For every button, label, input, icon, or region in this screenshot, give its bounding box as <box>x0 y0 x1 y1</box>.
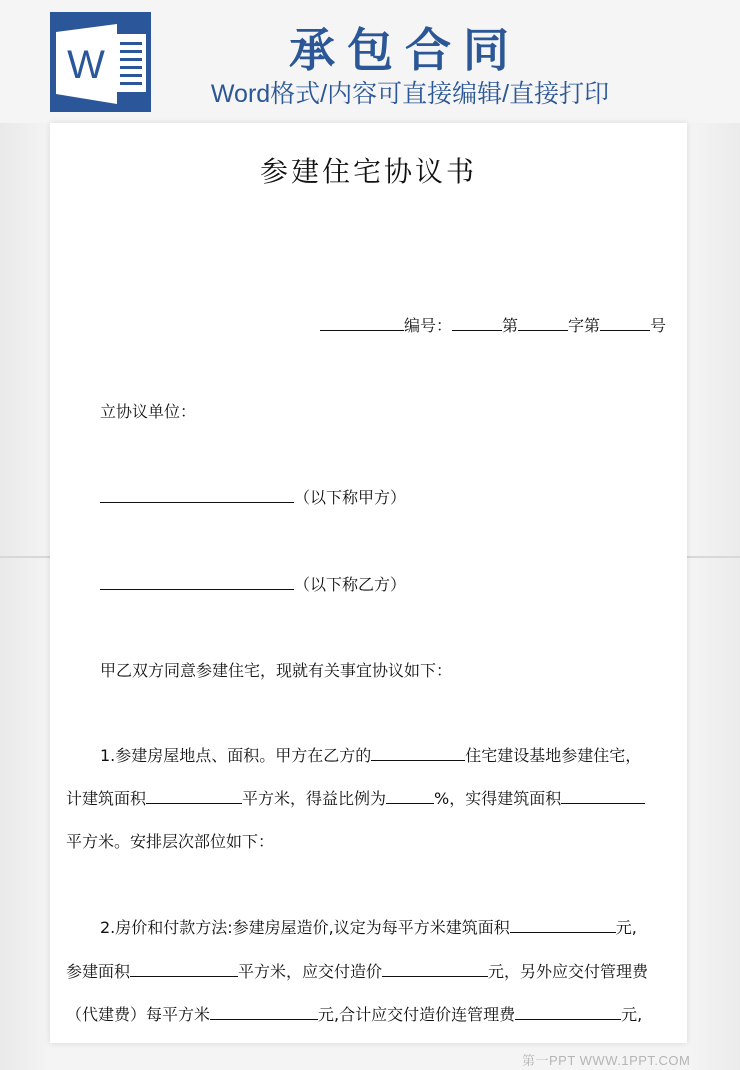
party-a-line: （以下称甲方） <box>100 485 406 508</box>
blank-field[interactable] <box>600 313 650 331</box>
clause2-line2: 参建面积平方米，应交付造价元，另外应交付管理费 <box>66 959 648 982</box>
clause2-line1: 2.房价和付款方法:参建房屋造价,议定为每平方米建筑面积元, <box>100 915 637 938</box>
blank-field[interactable] <box>518 313 568 331</box>
blank-field[interactable] <box>320 313 404 331</box>
parties-label: 立协议单位： <box>100 399 196 422</box>
watermark: 第一PPT WWW.1PPT.COM <box>522 1050 690 1069</box>
party-b-line: （以下称乙方） <box>100 572 406 595</box>
party-b-field[interactable] <box>100 572 294 590</box>
banner-title: 承包合同 <box>260 14 550 80</box>
blank-field[interactable] <box>510 915 616 933</box>
party-a-field[interactable] <box>100 485 294 503</box>
intro-paragraph: 甲乙双方同意参建住宅，现就有关事宜协议如下： <box>100 658 452 681</box>
blank-field[interactable] <box>452 313 502 331</box>
clause1-line1: 1.参建房屋地点、面积。甲方在乙方的住宅建设基地参建住宅， <box>100 743 641 766</box>
banner-subtitle: Word格式/内容可直接编辑/直接打印 <box>190 74 630 110</box>
clause1-line3: 平方米。安排层次部位如下： <box>66 829 274 852</box>
number-line: 编号：第字第号 <box>320 313 666 336</box>
clause1-line2: 计建筑面积平方米，得益比例为%，实得建筑面积 <box>66 786 645 809</box>
blank-field[interactable] <box>382 959 488 977</box>
svg-text:W: W <box>67 43 105 87</box>
blank-field[interactable] <box>130 959 238 977</box>
banner-header: W 承包合同 Word格式/内容可直接编辑/直接打印 <box>0 0 740 123</box>
blank-field[interactable] <box>386 786 434 804</box>
blank-field[interactable] <box>371 743 465 761</box>
document-title: 参建住宅协议书 <box>50 150 687 190</box>
blank-field[interactable] <box>561 786 645 804</box>
word-logo-icon: W <box>50 12 151 112</box>
document-page: 参建住宅协议书 编号：第字第号 立协议单位： （以下称甲方） （以下称乙方） 甲… <box>50 123 687 1043</box>
blank-field[interactable] <box>146 786 242 804</box>
clause2-line3: （代建费）每平方米元,合计应交付造价连管理费元, <box>66 1002 642 1025</box>
blank-field[interactable] <box>515 1002 621 1020</box>
blank-field[interactable] <box>210 1002 318 1020</box>
